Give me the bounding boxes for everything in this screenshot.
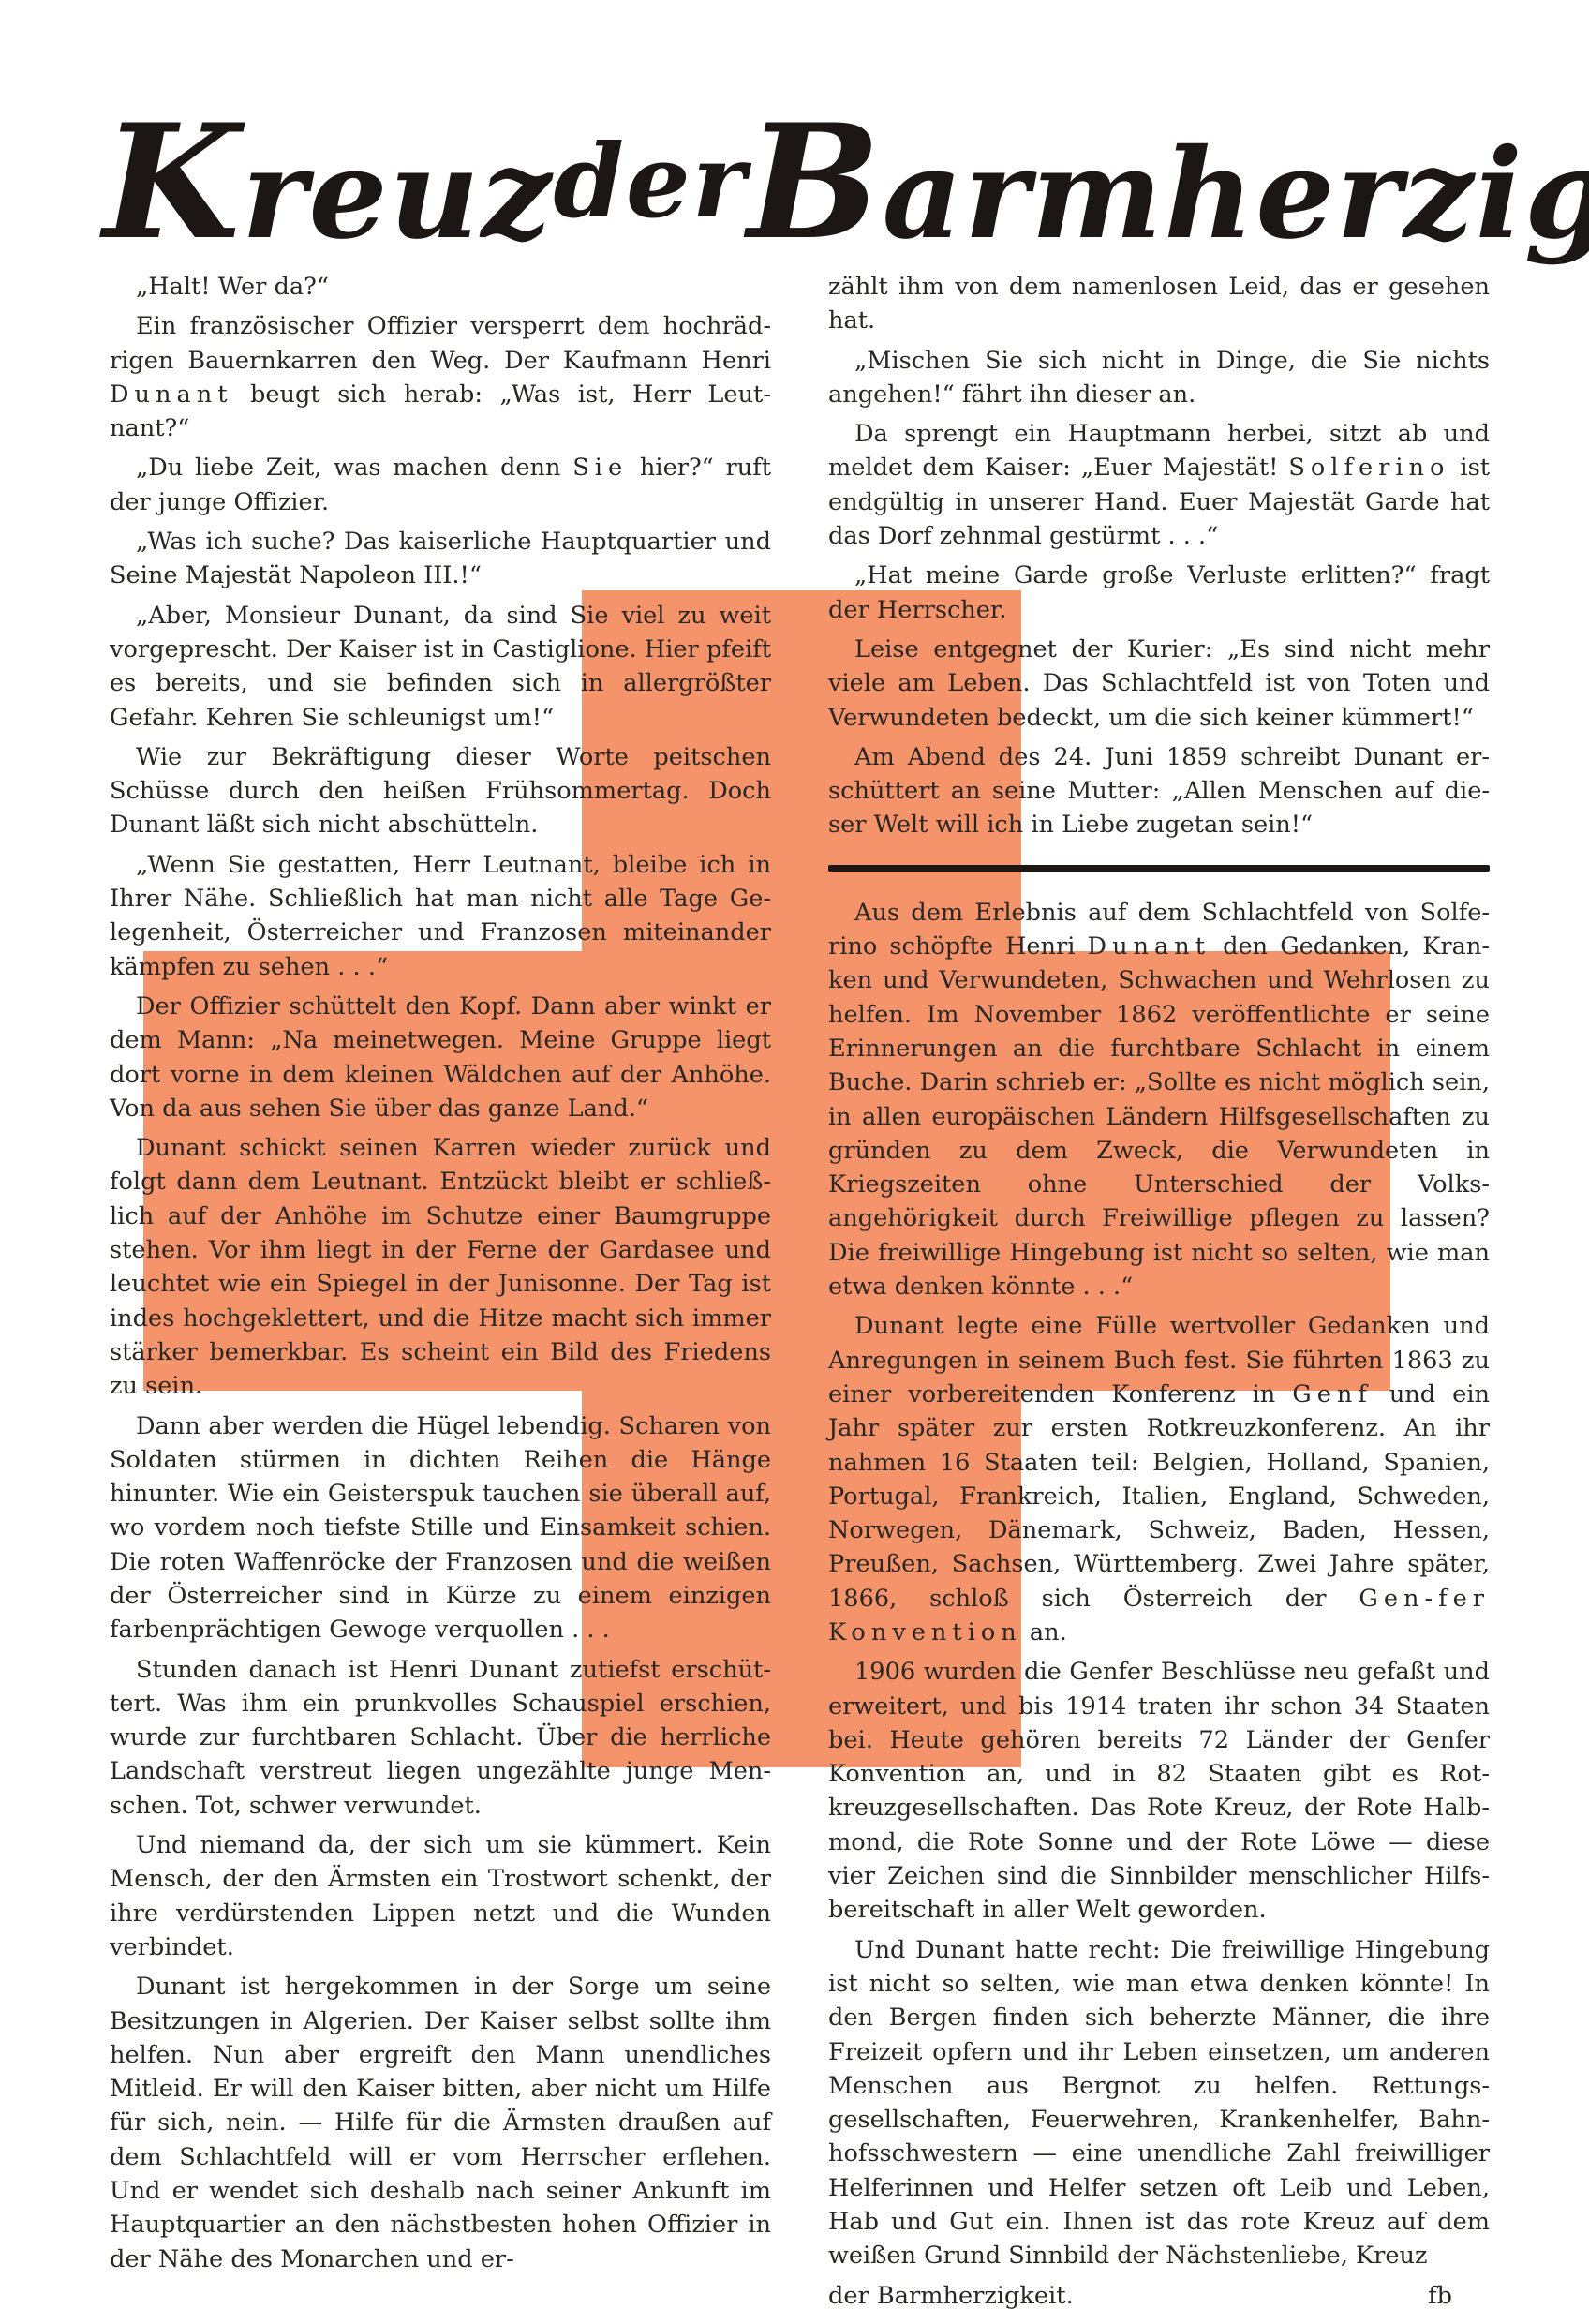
- paragraph-text: Ein französischer Offizier versperrt dem…: [110, 312, 771, 374]
- title-word-der: der: [553, 123, 747, 241]
- paragraph: „Du liebe Zeit, was machen denn Sie hier…: [110, 451, 771, 519]
- paragraph: Der Offizier schüttelt den Kopf. Dann ab…: [110, 990, 771, 1125]
- paragraph: Da sprengt ein Hauptmann herbei, sitzt a…: [828, 417, 1490, 553]
- magazine-page: Kreuz der Barmherzigkeit „Halt! Wer da?“…: [0, 0, 1589, 2324]
- spaced-name-solferino: Solferino: [1288, 454, 1449, 482]
- paragraph-text: „Du liebe Zeit, was machen denn: [136, 454, 560, 482]
- paragraph: Am Abend des 24. Juni 1859 schreibt Duna…: [828, 740, 1490, 842]
- paragraph: Aus dem Erlebnis auf dem Schlachtfeld vo…: [828, 896, 1490, 1304]
- title-word-barmherzigkeit: Barmherzigkeit: [748, 89, 1589, 275]
- paragraph: „Hat meine Garde große Verluste erlitten…: [828, 559, 1490, 627]
- closing-text: der Barmherzigkeit.: [828, 2279, 1074, 2313]
- paragraph: Wie zur Bekräftigung dieser Worte peitsc…: [110, 740, 771, 842]
- paragraph: „Mischen Sie sich nicht in Dinge, die Si…: [828, 344, 1490, 412]
- title-initial-k: K: [103, 89, 242, 275]
- title-initial-b: B: [748, 89, 883, 275]
- paragraph: „Aber, Monsieur Dunant, da sind Sie viel…: [110, 599, 771, 735]
- page-title: Kreuz der Barmherzigkeit: [103, 93, 1490, 271]
- paragraph-continued: zählt ihm von dem namenlosen Leid, das e…: [828, 270, 1490, 338]
- right-column: zählt ihm von dem namenlosen Leid, das e…: [828, 270, 1490, 2313]
- paragraph-text: an.: [1030, 1618, 1067, 1646]
- spaced-name-dunant: Dunant: [110, 380, 233, 409]
- title-word-kreuz: Kreuz: [103, 89, 553, 275]
- paragraph: Und Dunant hatte recht: Die freiwillige …: [828, 1933, 1490, 2273]
- title-word-kreuz-rest: reuz: [242, 122, 553, 267]
- paragraph-text: den Gedanken, Kran­ken und Verwundeten, …: [828, 932, 1490, 1301]
- paragraph: Dann aber werden die Hügel lebendig. Sch…: [110, 1409, 771, 1647]
- paragraph: „Was ich suche? Das kaiserliche Hauptqua…: [110, 525, 771, 593]
- author-signature: fb: [1428, 2279, 1490, 2313]
- paragraph: Und niemand da, der sich um sie kümmert.…: [110, 1828, 771, 1964]
- title-word-barmherzigkeit-rest: armherzigkeit: [883, 122, 1589, 267]
- spaced-name-genf: Genf: [1292, 1380, 1373, 1408]
- paragraph: Leise entgegnet der Kurier: „Es sind nic…: [828, 633, 1490, 735]
- paragraph: 1906 wurden die Genfer Beschlüsse neu ge…: [828, 1655, 1490, 1927]
- paragraph: Stunden danach ist Henri Dunant zutiefst…: [110, 1653, 771, 1823]
- paragraph-text: und ein Jahr später zur ersten Rotkreuzk…: [828, 1380, 1490, 1613]
- spaced-word-sie: Sie: [572, 454, 628, 482]
- paragraph: Dunant legte eine Fülle wertvoller Gedan…: [828, 1309, 1490, 1649]
- paragraph: Dunant ist hergekommen in der Sorge um s…: [110, 1970, 771, 2276]
- paragraph: Ein französischer Offizier versperrt dem…: [110, 309, 771, 445]
- paragraph: „Wenn Sie gestatten, Herr Leutnant, blei…: [110, 848, 771, 984]
- paragraph: Dunant schickt seinen Karren wieder zurü…: [110, 1131, 771, 1403]
- spaced-name-dunant: Dunant: [1088, 932, 1211, 961]
- closing-line: der Barmherzigkeit. fb: [828, 2279, 1490, 2313]
- section-divider-rule: [828, 865, 1490, 871]
- left-column: „Halt! Wer da?“ Ein französischer Offizi…: [110, 270, 771, 2282]
- paragraph: „Halt! Wer da?“: [110, 270, 771, 304]
- spaced-genfer-part1: Gen-: [1359, 1585, 1438, 1613]
